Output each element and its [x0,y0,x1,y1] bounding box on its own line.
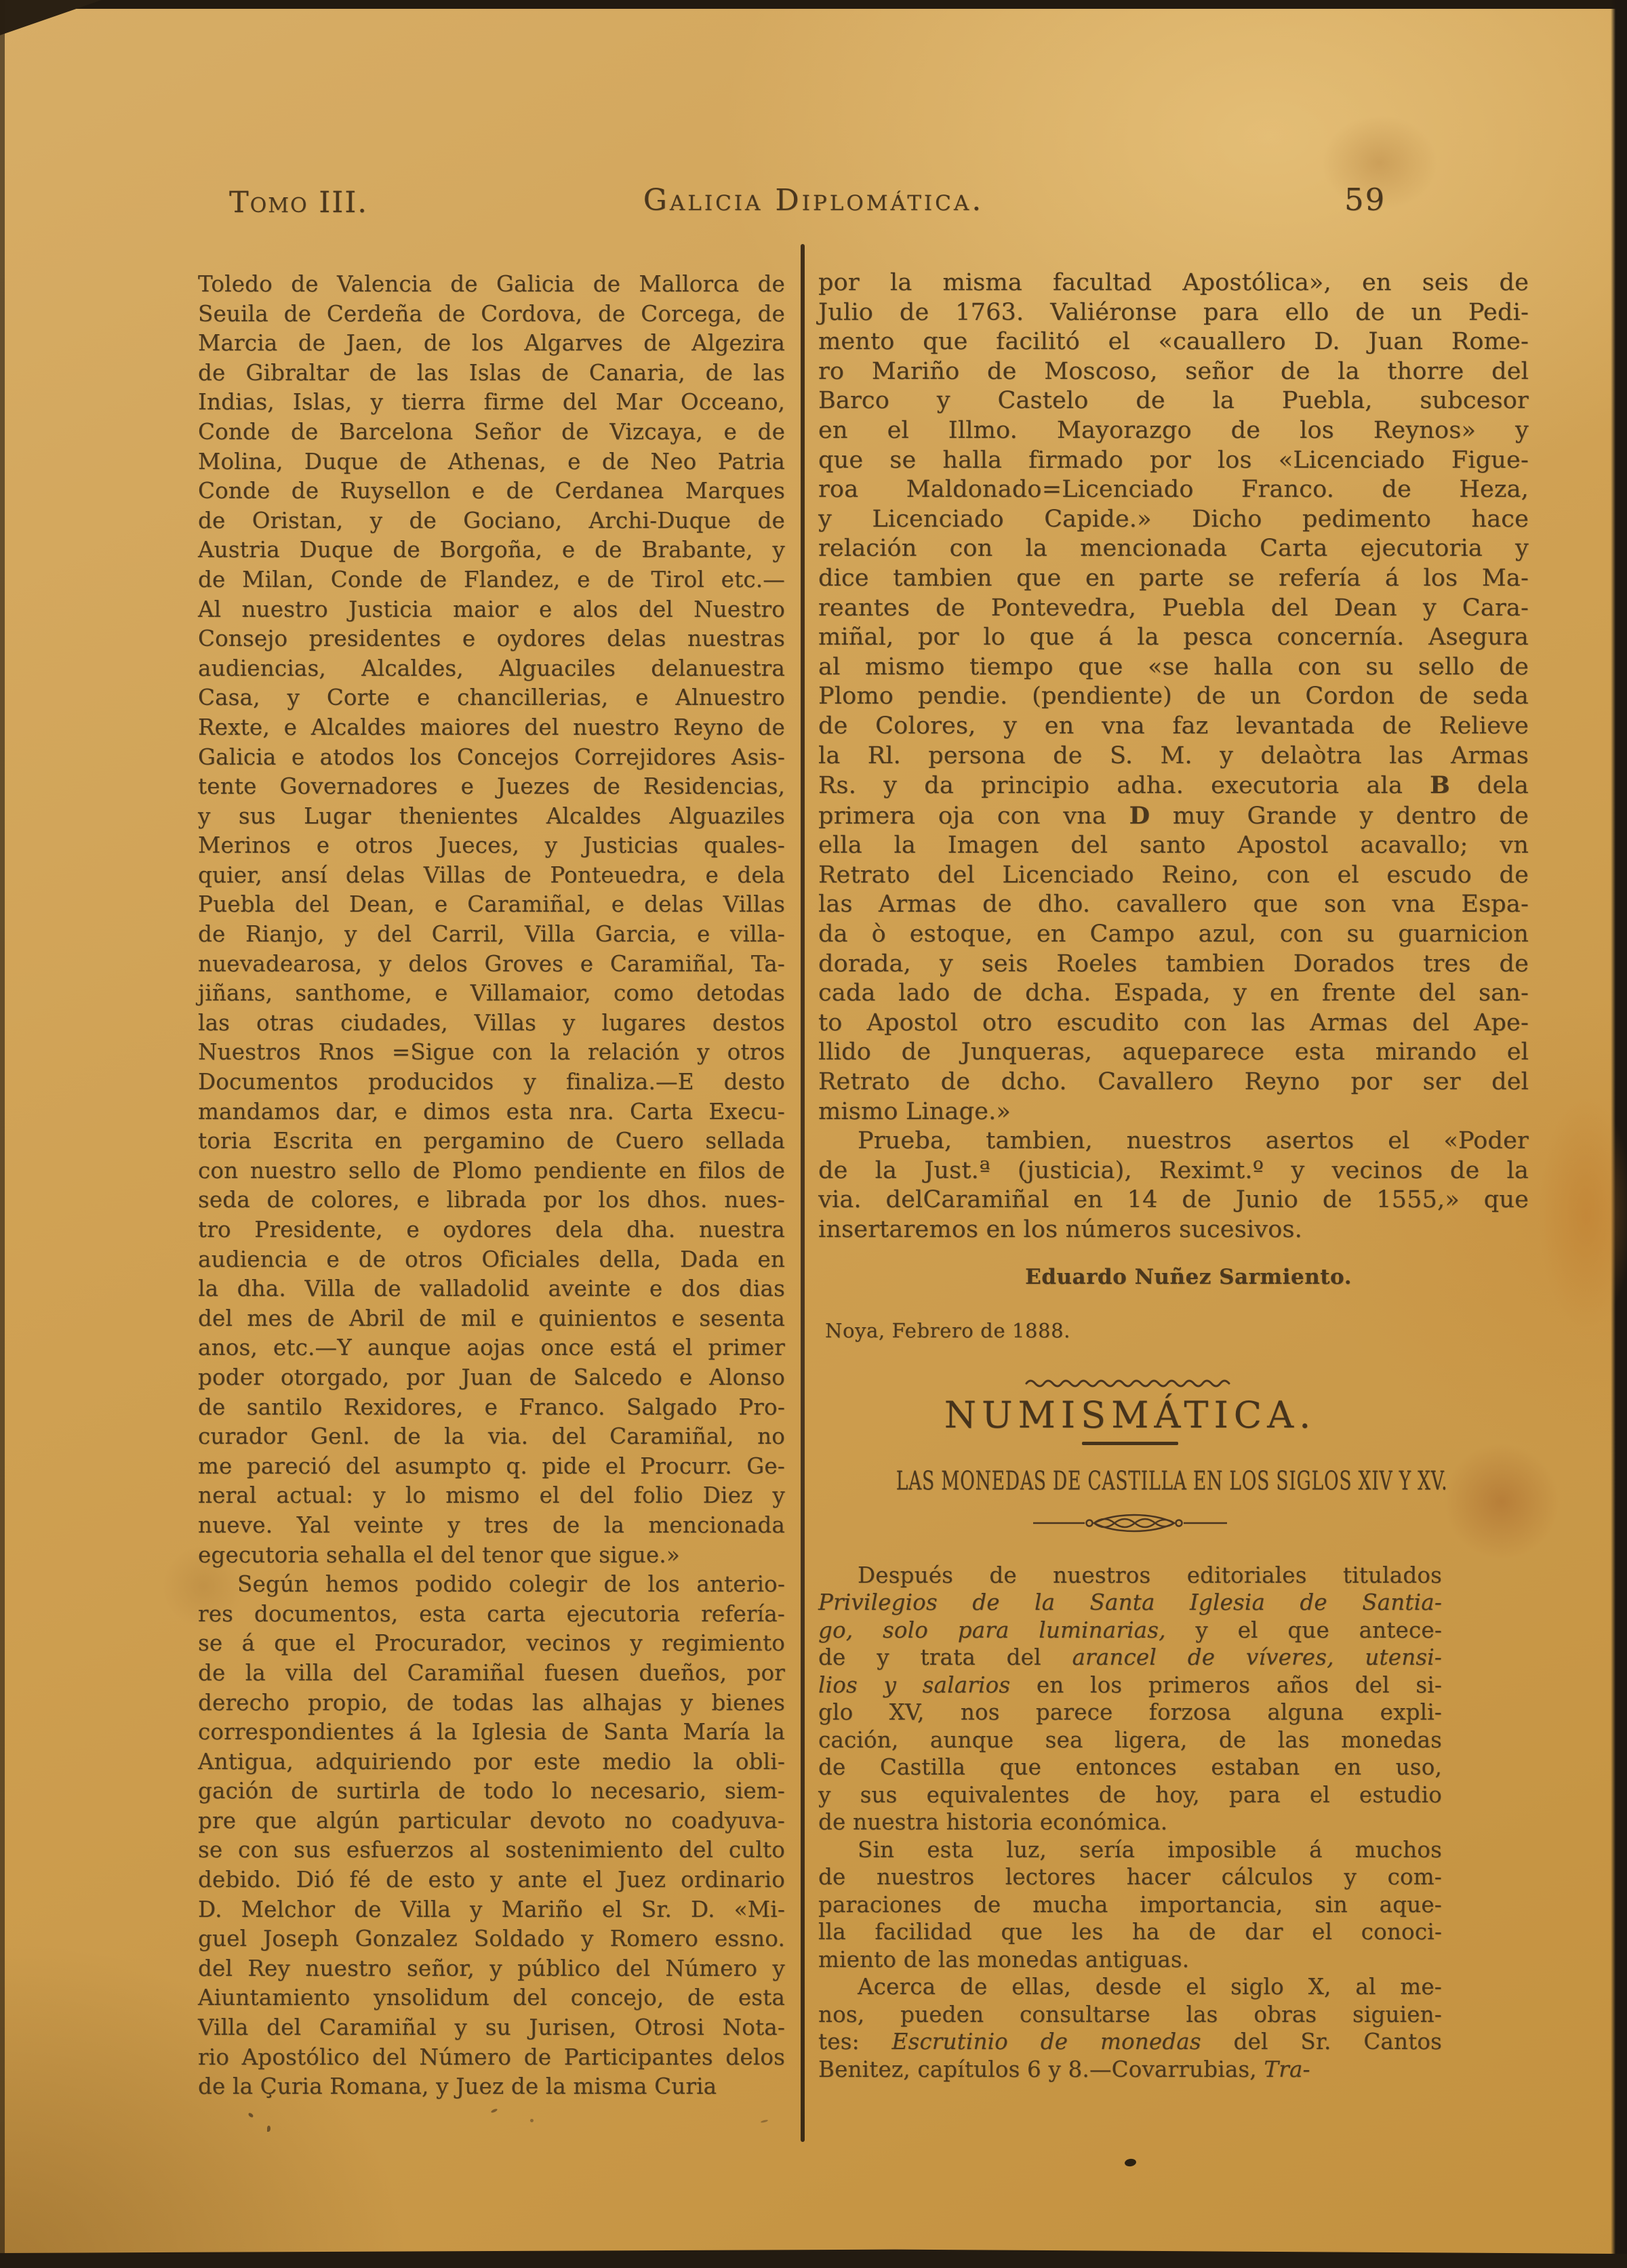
ink-speck [247,2112,254,2118]
text-line: de la villa del Caramiñal fuesen dueños,… [198,1659,785,1688]
text-line: quier, ansí delas Villas de Ponteuedra, … [198,861,785,891]
text-line: go, solo para luminarias, y el que antec… [818,1617,1442,1644]
text-line: de Rianjo, y del Carril, Villa Garcia, e… [198,920,785,950]
scan-edge-bottom [0,2242,1627,2268]
text-line: mismo Linage.» [818,1097,1529,1127]
text-line: la Rl. persona de S. M. y delaòtra las A… [818,742,1529,771]
dateline: Noya, Febrero de 1888. [818,1316,1529,1346]
article-subtitle: LAS MONEDAS DE CASTILLA EN LOS SIGLOS XI… [818,1467,1442,1497]
text-line: Rs. y da principio adha. executoria ala … [818,771,1529,801]
text-line: las otras ciudades, Villas y lugares des… [198,1009,785,1038]
scan-edge-right [1611,0,1627,2268]
text-line: correspondientes á la Iglesia de Santa M… [198,1718,785,1747]
text-line: Consejo presidentes e oydores delas nues… [198,624,785,654]
text-line: da ò estoque, en Campo azul, con su guar… [818,920,1529,950]
text-line: curador Genl. de la via. del Caramiñal, … [198,1422,785,1452]
text-line: con nuestro sello de Plomo pendiente en … [198,1156,785,1186]
author-signature: Eduardo Nuñez Sarmiento. [818,1263,1529,1293]
right-column: por la misma facultad Apostólica», en se… [818,268,1529,2166]
ink-speck [530,2119,534,2122]
text-line: dice tambien que en parte se refería á l… [818,564,1529,594]
text-line: Indias, Islas, y tierra firme del Mar Oc… [198,388,785,418]
text-line: jiñans, santhome, e Villamaior, como det… [198,979,785,1009]
text-line: res documentos, esta carta ejecutoria re… [198,1600,785,1629]
text-line: mandamos dar, e dimos esta nra. Carta Ex… [198,1097,785,1127]
text-line: Benitez, capítulos 6 y 8.—Covarrubias, T… [818,2056,1442,2084]
paragraph: Después de nuestros editoriales titulado… [818,1562,1442,1836]
paragraph: Según hemos podido colegir de los anteri… [198,1570,785,2102]
text-line: miñal, por lo que á la pesca concernía. … [818,623,1529,653]
text-line: por la misma facultad Apostólica», en se… [818,268,1529,298]
text-line: y sus equivalentes de hoy, para el estud… [818,1781,1442,1809]
ink-speck [267,2126,270,2132]
text-line: en el Illmo. Mayorazgo de los Reynos» y [818,416,1529,446]
text-line: de Oristan, y de Gociano, Archi-Duque de [198,506,785,536]
text-line: guel Joseph Gonzalez Soldado y Romero es… [198,1924,785,1954]
ink-speck [491,2108,498,2113]
text-line: llido de Junqueras, aqueparece esta mira… [818,1038,1529,1068]
text-line: Villa del Caramiñal y su Jurisen, Otrosi… [198,2013,785,2043]
page-number: 59 [1344,182,1386,218]
text-line: nueve. Yal veinte y tres de la mencionad… [198,1511,785,1541]
text-line: Seuila de Cerdeña de Cordova, de Corcega… [198,300,785,329]
text-line: Según hemos podido colegir de los anteri… [198,1570,785,1600]
text-line: Merinos e otros Jueces, y Justicias qual… [198,831,785,861]
text-line: cada lado de dcha. Espada, y en frente d… [818,979,1529,1009]
paragraph: Sin esta luz, sería imposible á muchosde… [818,1836,1442,1974]
text-line: seda de colores, e librada por los dhos.… [198,1186,785,1215]
ink-speck [761,2120,768,2124]
text-line: se á que el Procurador, vecinos y regimi… [198,1629,785,1659]
scan-edge-left [0,0,5,2268]
text-line: la dha. Villa de valladolid aveinte e do… [198,1274,785,1304]
text-line: Acerca de ellas, desde el siglo X, al me… [818,1973,1442,2001]
text-line: dorada, y seis Roeles tambien Dorados tr… [818,950,1529,979]
text-line: paraciones de mucha importancia, sin aqu… [818,1891,1442,1919]
text-line: Austria Duque de Borgoña, e de Brabante,… [198,535,785,565]
text-line: del Rey nuestro señor, y público del Núm… [198,1954,785,1984]
text-line: Molina, Duque de Athenas, e de Neo Patri… [198,447,785,477]
text-line: egecutoria sehalla el del tenor que sigu… [198,1541,785,1571]
text-line: Plomo pendie. (pendiente) de un Cordon d… [818,682,1529,712]
text-line: de Gibraltar de las Islas de Canaria, de… [198,359,785,388]
text-line: me pareció del asumpto q. pide el Procur… [198,1452,785,1482]
text-line: que se halla firmado por los «Licenciado… [818,446,1529,476]
text-line: Marcia de Jaen, de los Algarves de Algez… [198,329,785,359]
text-line: nuevadearosa, y delos Groves e Caramiñal… [198,950,785,979]
text-line: derecho propio, de todas las alhajas y b… [198,1688,785,1718]
text-line: Retrato del Licenciado Reino, con el esc… [818,861,1529,891]
wavy-rule-ornament [1024,1377,1236,1388]
text-line: de y trata del arancel de víveres, utens… [818,1644,1442,1672]
text-line: Antigua, adquiriendo por este medio la o… [198,1747,785,1777]
text-line: Galicia e atodos los Concejos Correjidor… [198,743,785,773]
column-divider-rule [801,244,805,2142]
text-line: glo XV, nos parece forzosa alguna expli- [818,1699,1442,1726]
text-line: audiencia e de otros Oficiales della, Da… [198,1245,785,1275]
paragraph: por la misma facultad Apostólica», en se… [818,268,1529,1127]
text-line: D. Melchor de Villa y Mariño el Sr. D. «… [198,1895,785,1925]
right-column-text: por la misma facultad Apostólica», en se… [818,268,1529,1245]
text-line: pre que algún particular devoto no coady… [198,1806,785,1836]
text-line: Casa, y Corte e chancillerias, e Alnuest… [198,683,785,713]
text-line: reantes de Pontevedra, Puebla del Dean y… [818,594,1529,624]
text-line: de la Just.ª (justicia), Reximt.º y veci… [818,1156,1529,1186]
scan-edge-top [0,0,1627,9]
text-line: Julio de 1763. Valiéronse para ello de u… [818,298,1529,328]
text-line: debido. Dió fé de esto y ante el Juez or… [198,1865,785,1895]
text-line: Retrato de dcho. Cavallero Reyno por ser… [818,1068,1529,1097]
text-line: Prueba, tambien, nuestros asertos el «Po… [818,1127,1529,1156]
ink-dot-ornament [1124,2158,1136,2167]
text-line: se con sus esfuerzos al sostenimiento de… [198,1836,785,1865]
header-rule [199,233,1406,239]
text-line: de Colores, y en vna faz levantada de Re… [818,712,1529,742]
text-line: Después de nuestros editoriales titulado… [818,1562,1442,1589]
text-line: mento que facilitó el «cauallero D. Juan… [818,327,1529,357]
text-line: y Licenciado Capide.» Dicho pedimento ha… [818,505,1529,535]
short-rule-ornament [1082,1442,1178,1445]
text-line: Conde de Ruysellon e de Cerdanea Marques [198,477,785,506]
scan-edge-top-left [0,0,102,35]
text-line: lla facilidad que les ha de dar el conoc… [818,1918,1442,1946]
text-line: tente Governadores e Juezes de Residenci… [198,772,785,802]
text-line: ella la Imagen del santo Apostol acavall… [818,831,1529,861]
text-line: nos, pueden consultarse las obras siguie… [818,2001,1442,2029]
section-heading: NUMISMÁTICA. [818,1400,1442,1430]
text-line: las Armas de dho. cavallero que son vna … [818,890,1529,920]
paragraph: Acerca de ellas, desde el siglo X, al me… [818,1973,1442,2083]
text-line: via. delCaramiñal en 14 de Junio de 1555… [818,1186,1529,1215]
text-line: Documentos producidos y finaliza.—E dest… [198,1068,785,1097]
paragraph: Toledo de Valencia de Galicia de Mallorc… [198,270,785,1570]
text-line: y sus Lugar thenientes Alcaldes Alguazil… [198,802,785,832]
text-line: de la Çuria Romana, y Juez de la misma C… [198,2072,785,2102]
running-head: Tomo III. Galicia Diplomática. 59 [0,182,1627,229]
text-line: Puebla del Dean, e Caramiñal, e delas Vi… [198,890,785,920]
text-line: audiencias, Alcaldes, Alguaciles delanue… [198,654,785,684]
text-line: miento de las monedas antiguas. [818,1946,1442,1974]
text-line: Toledo de Valencia de Galicia de Mallorc… [198,270,785,300]
left-column: Toledo de Valencia de Galicia de Mallorc… [198,270,785,2102]
text-line: Privilegios de la Santa Iglesia de Santi… [818,1589,1442,1617]
text-line: Aiuntamiento ynsolidum del concejo, de e… [198,1983,785,2013]
text-line: insertaremos en los números sucesivos. [818,1215,1529,1245]
text-line: de nuestra historia económica. [818,1808,1442,1836]
text-line: de Milan, Conde de Flandez, e de Tirol e… [198,565,785,595]
paragraph: Prueba, tambien, nuestros asertos el «Po… [818,1127,1529,1244]
text-line: Al nuestro Justicia maior e alos del Nue… [198,595,785,625]
numismatica-section: NUMISMÁTICA. LAS MONEDAS DE CASTILLA EN … [818,1377,1442,2167]
text-line: primera oja con vna D muy Grande y dentr… [818,801,1529,832]
text-line: roa Maldonado=Licenciado Franco. de Heza… [818,475,1529,505]
text-line: Conde de Barcelona Señor de Vizcaya, e d… [198,418,785,447]
braid-knot-ornament [1032,1513,1228,1533]
text-line: neral actual: y lo mismo el del folio Di… [198,1481,785,1511]
text-line: cación, aunque sea ligera, de las moneda… [818,1726,1442,1754]
text-line: de Castilla que entonces estaban en uso, [818,1754,1442,1781]
text-line: poder otorgado, por Juan de Salcedo e Al… [198,1363,785,1393]
text-line: ro Mariño de Moscoso, señor de la thorre… [818,357,1529,387]
text-line: anos, etc.—Y aunque aojas once está el p… [198,1333,785,1363]
text-line: rio Apostólico del Número de Participant… [198,2043,785,2073]
text-line: Rexte, e Alcaldes maiores del nuestro Re… [198,713,785,743]
text-line: to Apostol otro escudito con las Armas d… [818,1009,1529,1038]
text-line: del mes de Abril de mil e quinientos e s… [198,1304,785,1334]
text-line: relación con la mencionada Carta ejecuto… [818,534,1529,564]
text-line: al mismo tiempo que «se halla con su sel… [818,653,1529,683]
text-line: tes: Escrutinio de monedas del Sr. Canto… [818,2028,1442,2056]
text-line: toria Escrita en pergamino de Cuero sell… [198,1127,785,1156]
text-line: tro Presidente, e oydores dela dha. nues… [198,1215,785,1245]
scanned-page: Tomo III. Galicia Diplomática. 59 Toledo… [0,0,1627,2268]
text-line: gación de surtirla de todo lo necesario,… [198,1777,785,1806]
text-line: Nuestros Rnos =Sigue con la relación y o… [198,1038,785,1068]
text-line: de santilo Rexidores, e Franco. Salgado … [198,1393,785,1423]
text-line: Sin esta luz, sería imposible á muchos [818,1836,1442,1864]
text-line: lios y salarios en los primeros años del… [818,1672,1442,1699]
numismatica-text: Después de nuestros editoriales titulado… [818,1562,1442,2084]
text-line: Barco y Castelo de la Puebla, subcesor [818,386,1529,416]
text-line: de nuestros lectores hacer cálculos y co… [818,1863,1442,1891]
